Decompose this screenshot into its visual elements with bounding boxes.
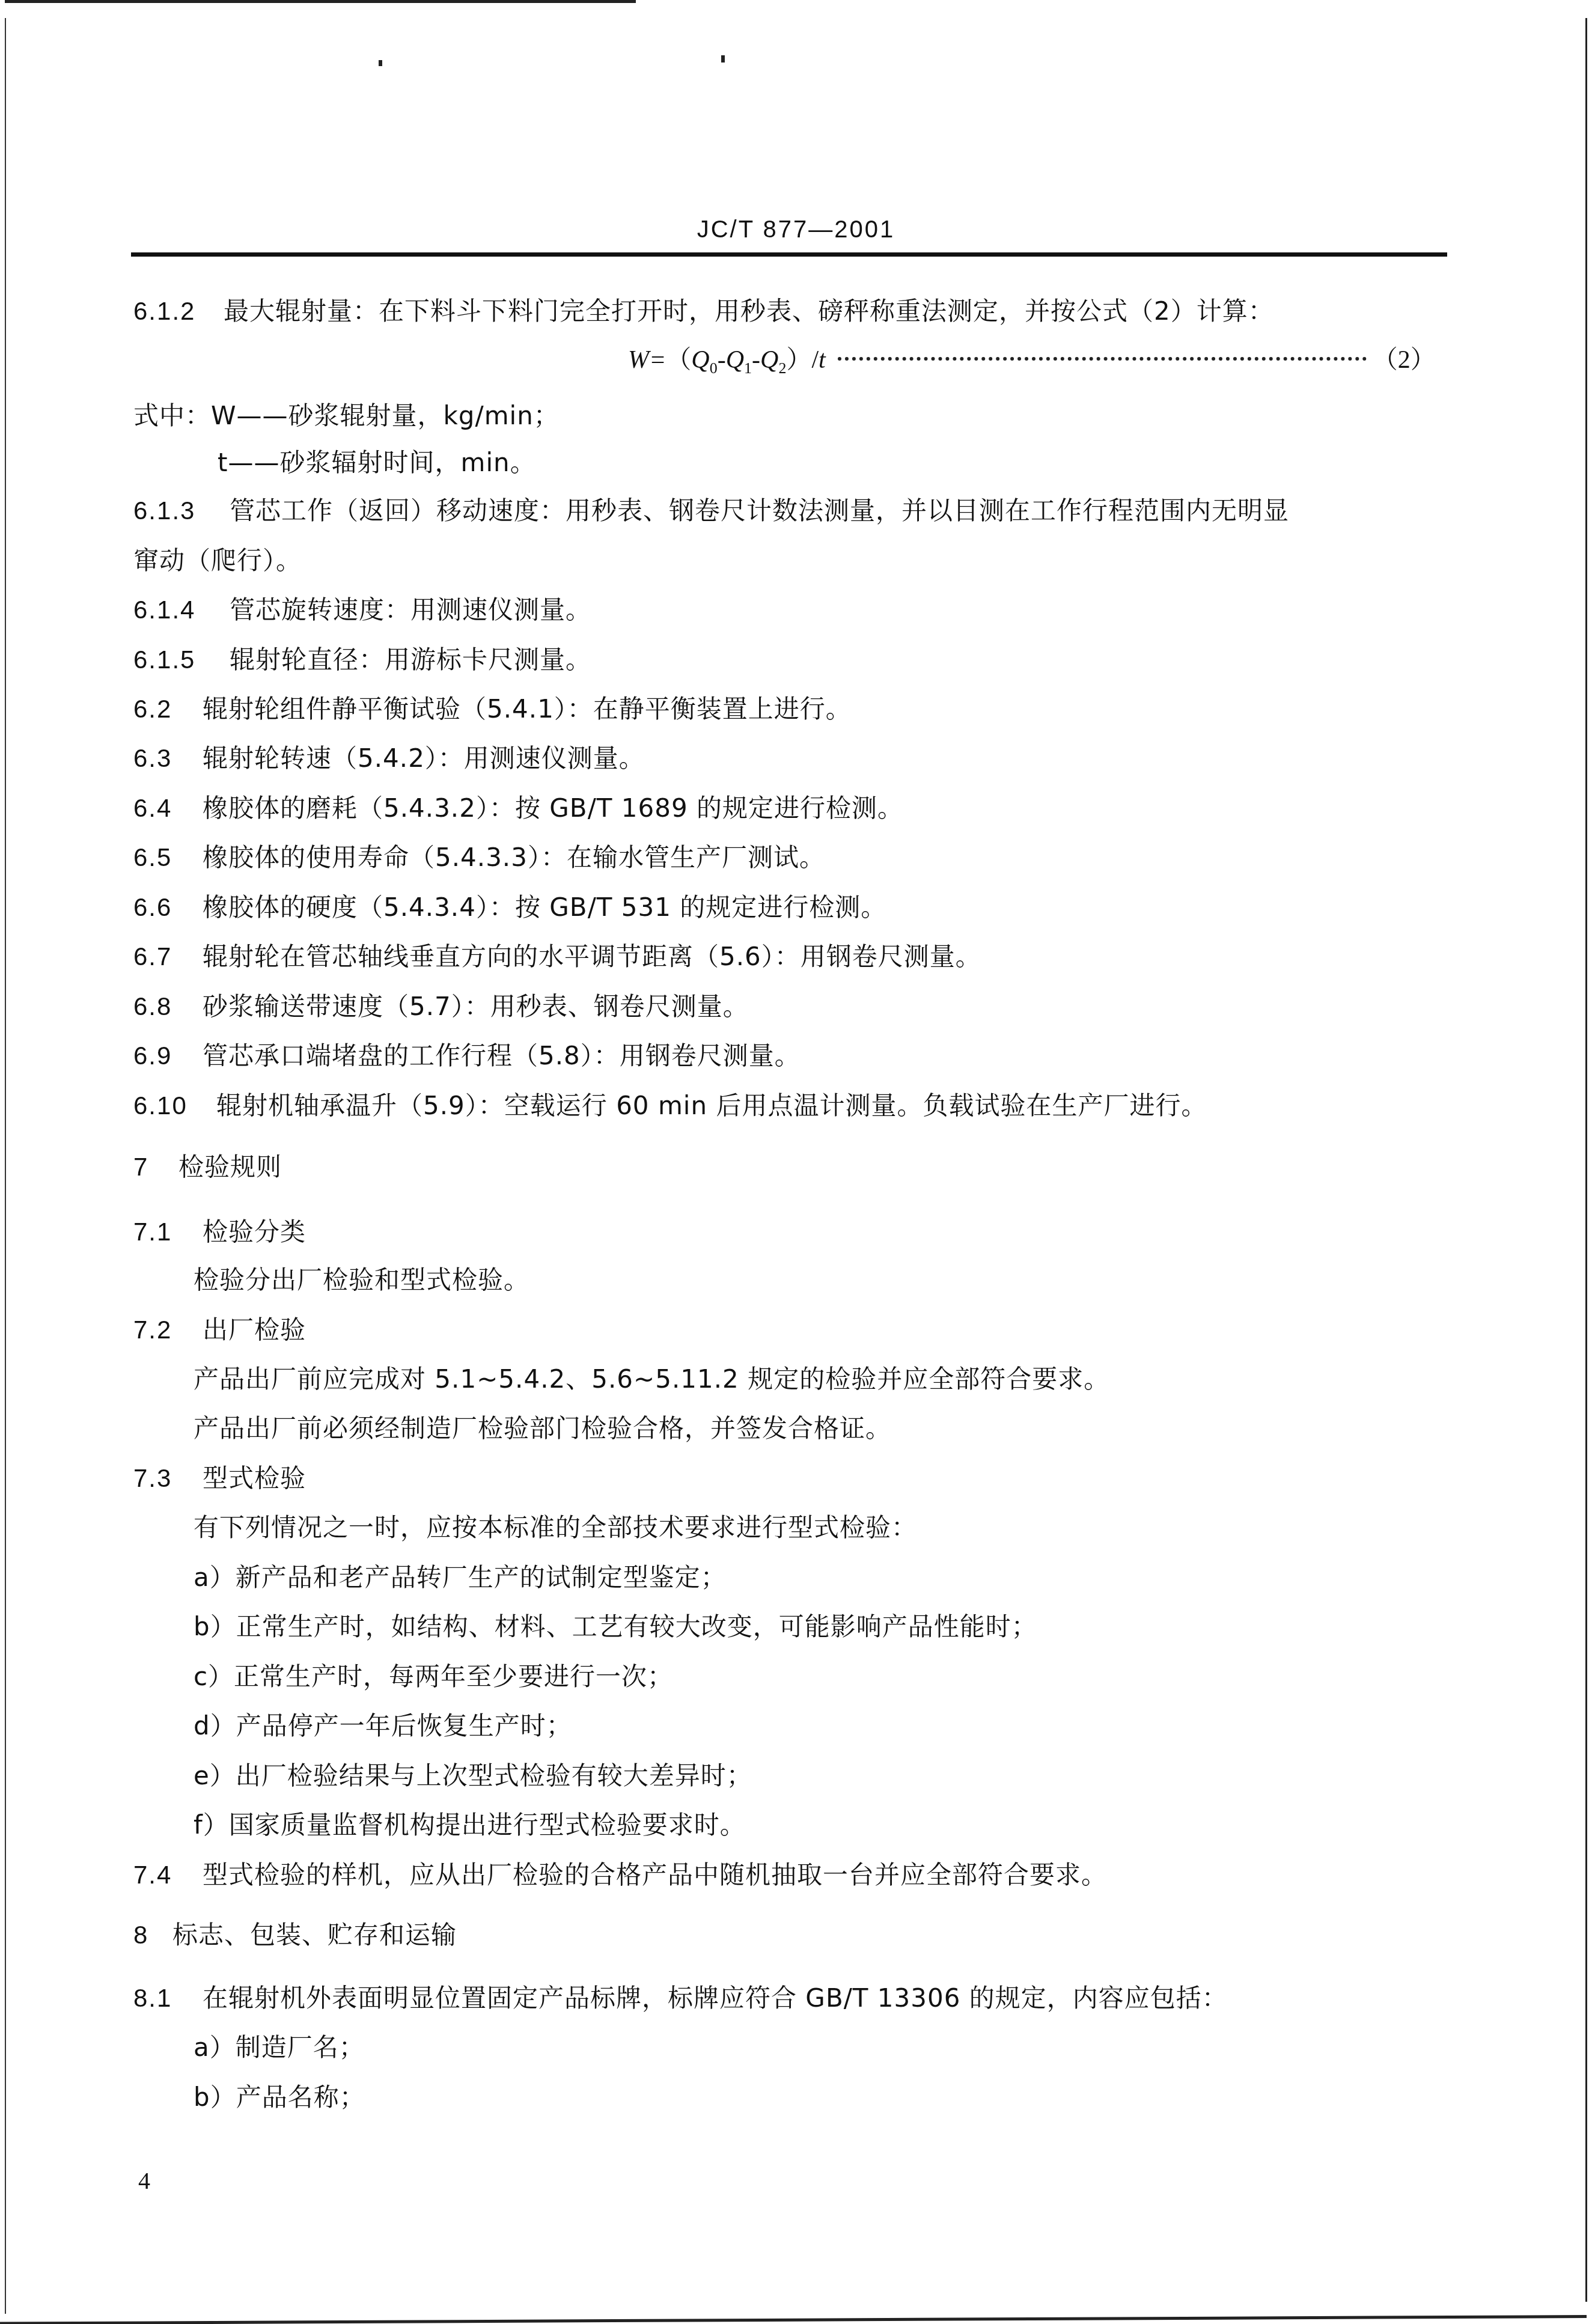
list-item-7-3-e: e）出厂检验结果与上次型式检验有较大差异时； [194, 1758, 752, 1794]
list-item-7-3-a: a）新产品和老产品转厂生产的试制定型鉴定； [194, 1560, 727, 1596]
clause-6-2: 6.2辊射轮组件静平衡试验（5.4.1）：在静平衡装置上进行。 [133, 691, 852, 727]
scan-edge-left [5, 18, 6, 2314]
list-item-8-1-a: a）制造厂名； [194, 2030, 365, 2066]
document-header-title: JC/T 877—2001 [0, 216, 1592, 243]
list-item-7-3-c: c）正常生产时，每两年至少要进行一次； [194, 1659, 673, 1695]
clause-7-2-body-2: 产品出厂前必须经制造厂检验部门检验合格，并签发合格证。 [194, 1411, 891, 1447]
clause-6-4: 6.4橡胶体的磨耗（5.4.3.2）：按 GB/T 1689 的规定进行检测。 [133, 790, 903, 826]
clause-6-8: 6.8砂浆输送带速度（5.7）：用秒表、钢卷尺测量。 [133, 989, 749, 1025]
clause-7-3-heading: 7.3型式检验 [133, 1460, 306, 1496]
clause-7-3-intro: 有下列情况之一时，应按本标准的全部技术要求进行型式检验： [194, 1510, 917, 1546]
formula-2: W=（Q0-Q1-Q2）/t（2） [628, 340, 1436, 377]
equation-number: （2） [1373, 346, 1436, 374]
list-item-7-3-d: d）产品停产一年后恢复生产时； [194, 1708, 572, 1744]
scan-speck [379, 60, 382, 66]
clause-6-1-2: 6.1.2最大辊射量：在下料斗下料门完全打开时，用秒表、磅秤称重法测定，并按公式… [133, 293, 1274, 329]
scan-edge-top [5, 0, 636, 3]
formula-legend-w: 式中：W——砂浆辊射量，kg/min； [133, 398, 560, 434]
leader-dots [838, 357, 1367, 361]
clause-6-9: 6.9管芯承口端堵盘的工作行程（5.8）：用钢卷尺测量。 [133, 1038, 801, 1074]
clause-6-3: 6.3辊射轮转速（5.4.2）：用测速仪测量。 [133, 740, 645, 776]
clause-7-4: 7.4型式检验的样机，应从出厂检验的合格产品中随机抽取一台并应全部符合要求。 [133, 1857, 1107, 1893]
clause-6-5: 6.5橡胶体的使用寿命（5.4.3.3）：在输水管生产厂测试。 [133, 840, 825, 876]
clause-6-1-3: 6.1.3管芯工作（返回）移动速度：用秒表、钢卷尺计数法测量，并以目测在工作行程… [133, 493, 1289, 529]
list-item-8-1-b: b）产品名称； [194, 2079, 365, 2115]
clause-8-1: 8.1在辊射机外表面明显位置固定产品标牌，标牌应符合 GB/T 13306 的规… [133, 1980, 1228, 2016]
clause-6-10: 6.10辊射机轴承温升（5.9）：空载运行 60 min 后用点温计测量。负载试… [133, 1088, 1207, 1124]
list-item-7-3-f: f）国家质量监督机构提出进行型式检验要求时。 [194, 1807, 746, 1843]
clause-7-1-body: 检验分出厂检验和型式检验。 [194, 1262, 529, 1298]
clause-6-1-3-cont: 窜动（爬行）。 [133, 543, 302, 579]
clause-7-1-heading: 7.1检验分类 [133, 1214, 306, 1250]
scan-edge-right [1585, 18, 1587, 2302]
section-7-heading: 7检验规则 [133, 1149, 282, 1185]
clause-6-7: 6.7辊射轮在管芯轴线垂直方向的水平调节距离（5.6）：用钢卷尺测量。 [133, 939, 981, 975]
formula-legend-t: t——砂浆辐射时间，min。 [218, 445, 536, 481]
list-item-7-3-b: b）正常生产时，如结构、材料、工艺有较大改变，可能影响产品性能时； [194, 1609, 1037, 1645]
clause-7-2-heading: 7.2出厂检验 [133, 1312, 306, 1348]
scan-speck [721, 55, 725, 63]
header-rule [131, 252, 1447, 257]
clause-6-1-5: 6.1.5辊射轮直径：用游标卡尺测量。 [133, 642, 591, 678]
scan-edge-bottom [0, 2315, 1587, 2324]
clause-6-6: 6.6橡胶体的硬度（5.4.3.4）：按 GB/T 531 的规定进行检测。 [133, 889, 886, 926]
formula-lhs: W= [628, 346, 666, 374]
clause-7-2-body-1: 产品出厂前应完成对 5.1~5.4.2、5.6~5.11.2 规定的检验并应全部… [194, 1361, 1109, 1397]
clause-6-1-4: 6.1.4管芯旋转速度：用测速仪测量。 [133, 592, 591, 628]
section-8-heading: 8标志、包装、贮存和运输 [133, 1917, 457, 1953]
page-number: 4 [138, 2167, 150, 2195]
